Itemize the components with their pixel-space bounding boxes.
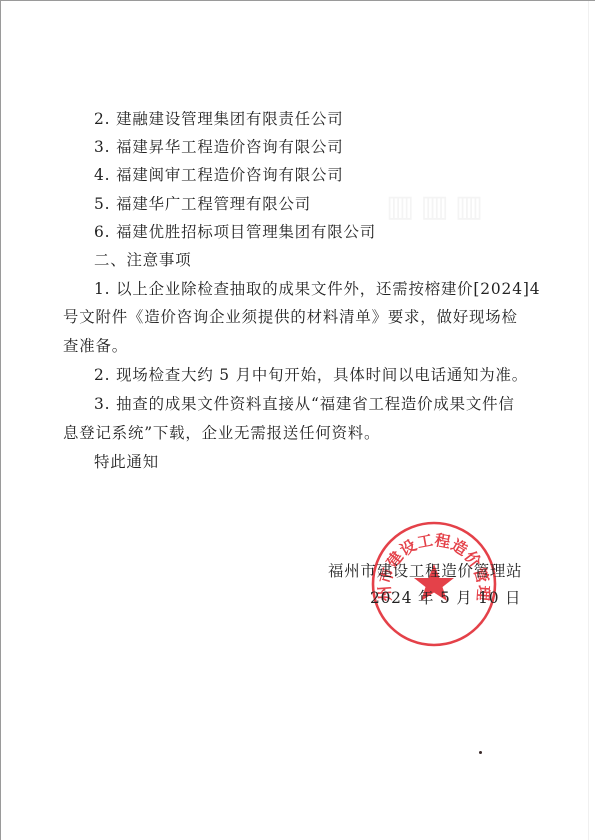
closing-text: 特此通知 [94, 452, 554, 472]
note-3-line-2: 息登记系统”下载，企业无需报送任何资料。 [63, 423, 523, 443]
note-1-line-3: 查准备。 [63, 336, 523, 356]
list-item-company-6: 6. 福建优胜招标项目管理集团有限公司 [94, 222, 554, 242]
list-item-company-4: 4. 福建闽审工程造价咨询有限公司 [94, 165, 554, 185]
note-2-line-1: 2. 现场检查大约 5 月中旬开始，具体时间以电话通知为准。 [94, 365, 554, 385]
scan-speck [479, 751, 482, 754]
signature-date: 2024 年 5 月 10 日 [370, 588, 521, 608]
note-3-line-1: 3. 抽查的成果文件资料直接从“福建省工程造价成果文件信 [94, 394, 554, 414]
list-item-company-5: 5. 福建华广工程管理有限公司 [94, 194, 554, 214]
list-item-company-2: 2. 建融建设管理集团有限责任公司 [94, 109, 554, 129]
document-page: ▥▥▥ 2. 建融建设管理集团有限责任公司 3. 福建昇华工程造价咨询有限公司 … [0, 0, 595, 840]
list-item-company-3: 3. 福建昇华工程造价咨询有限公司 [94, 137, 554, 157]
note-1-line-2: 号文附件《造价咨询企业须提供的材料清单》要求，做好现场检 [63, 307, 523, 327]
page-edge [588, 1, 589, 840]
signature-organization: 福州市建设工程造价管理站 [328, 561, 522, 581]
official-seal-stamp: 福州市建设工程造价管理站 [370, 520, 498, 648]
note-1-line-1: 1. 以上企业除检查抽取的成果文件外，还需按榕建价[2024]4 [94, 279, 554, 299]
section-heading: 二、注意事项 [94, 250, 554, 270]
